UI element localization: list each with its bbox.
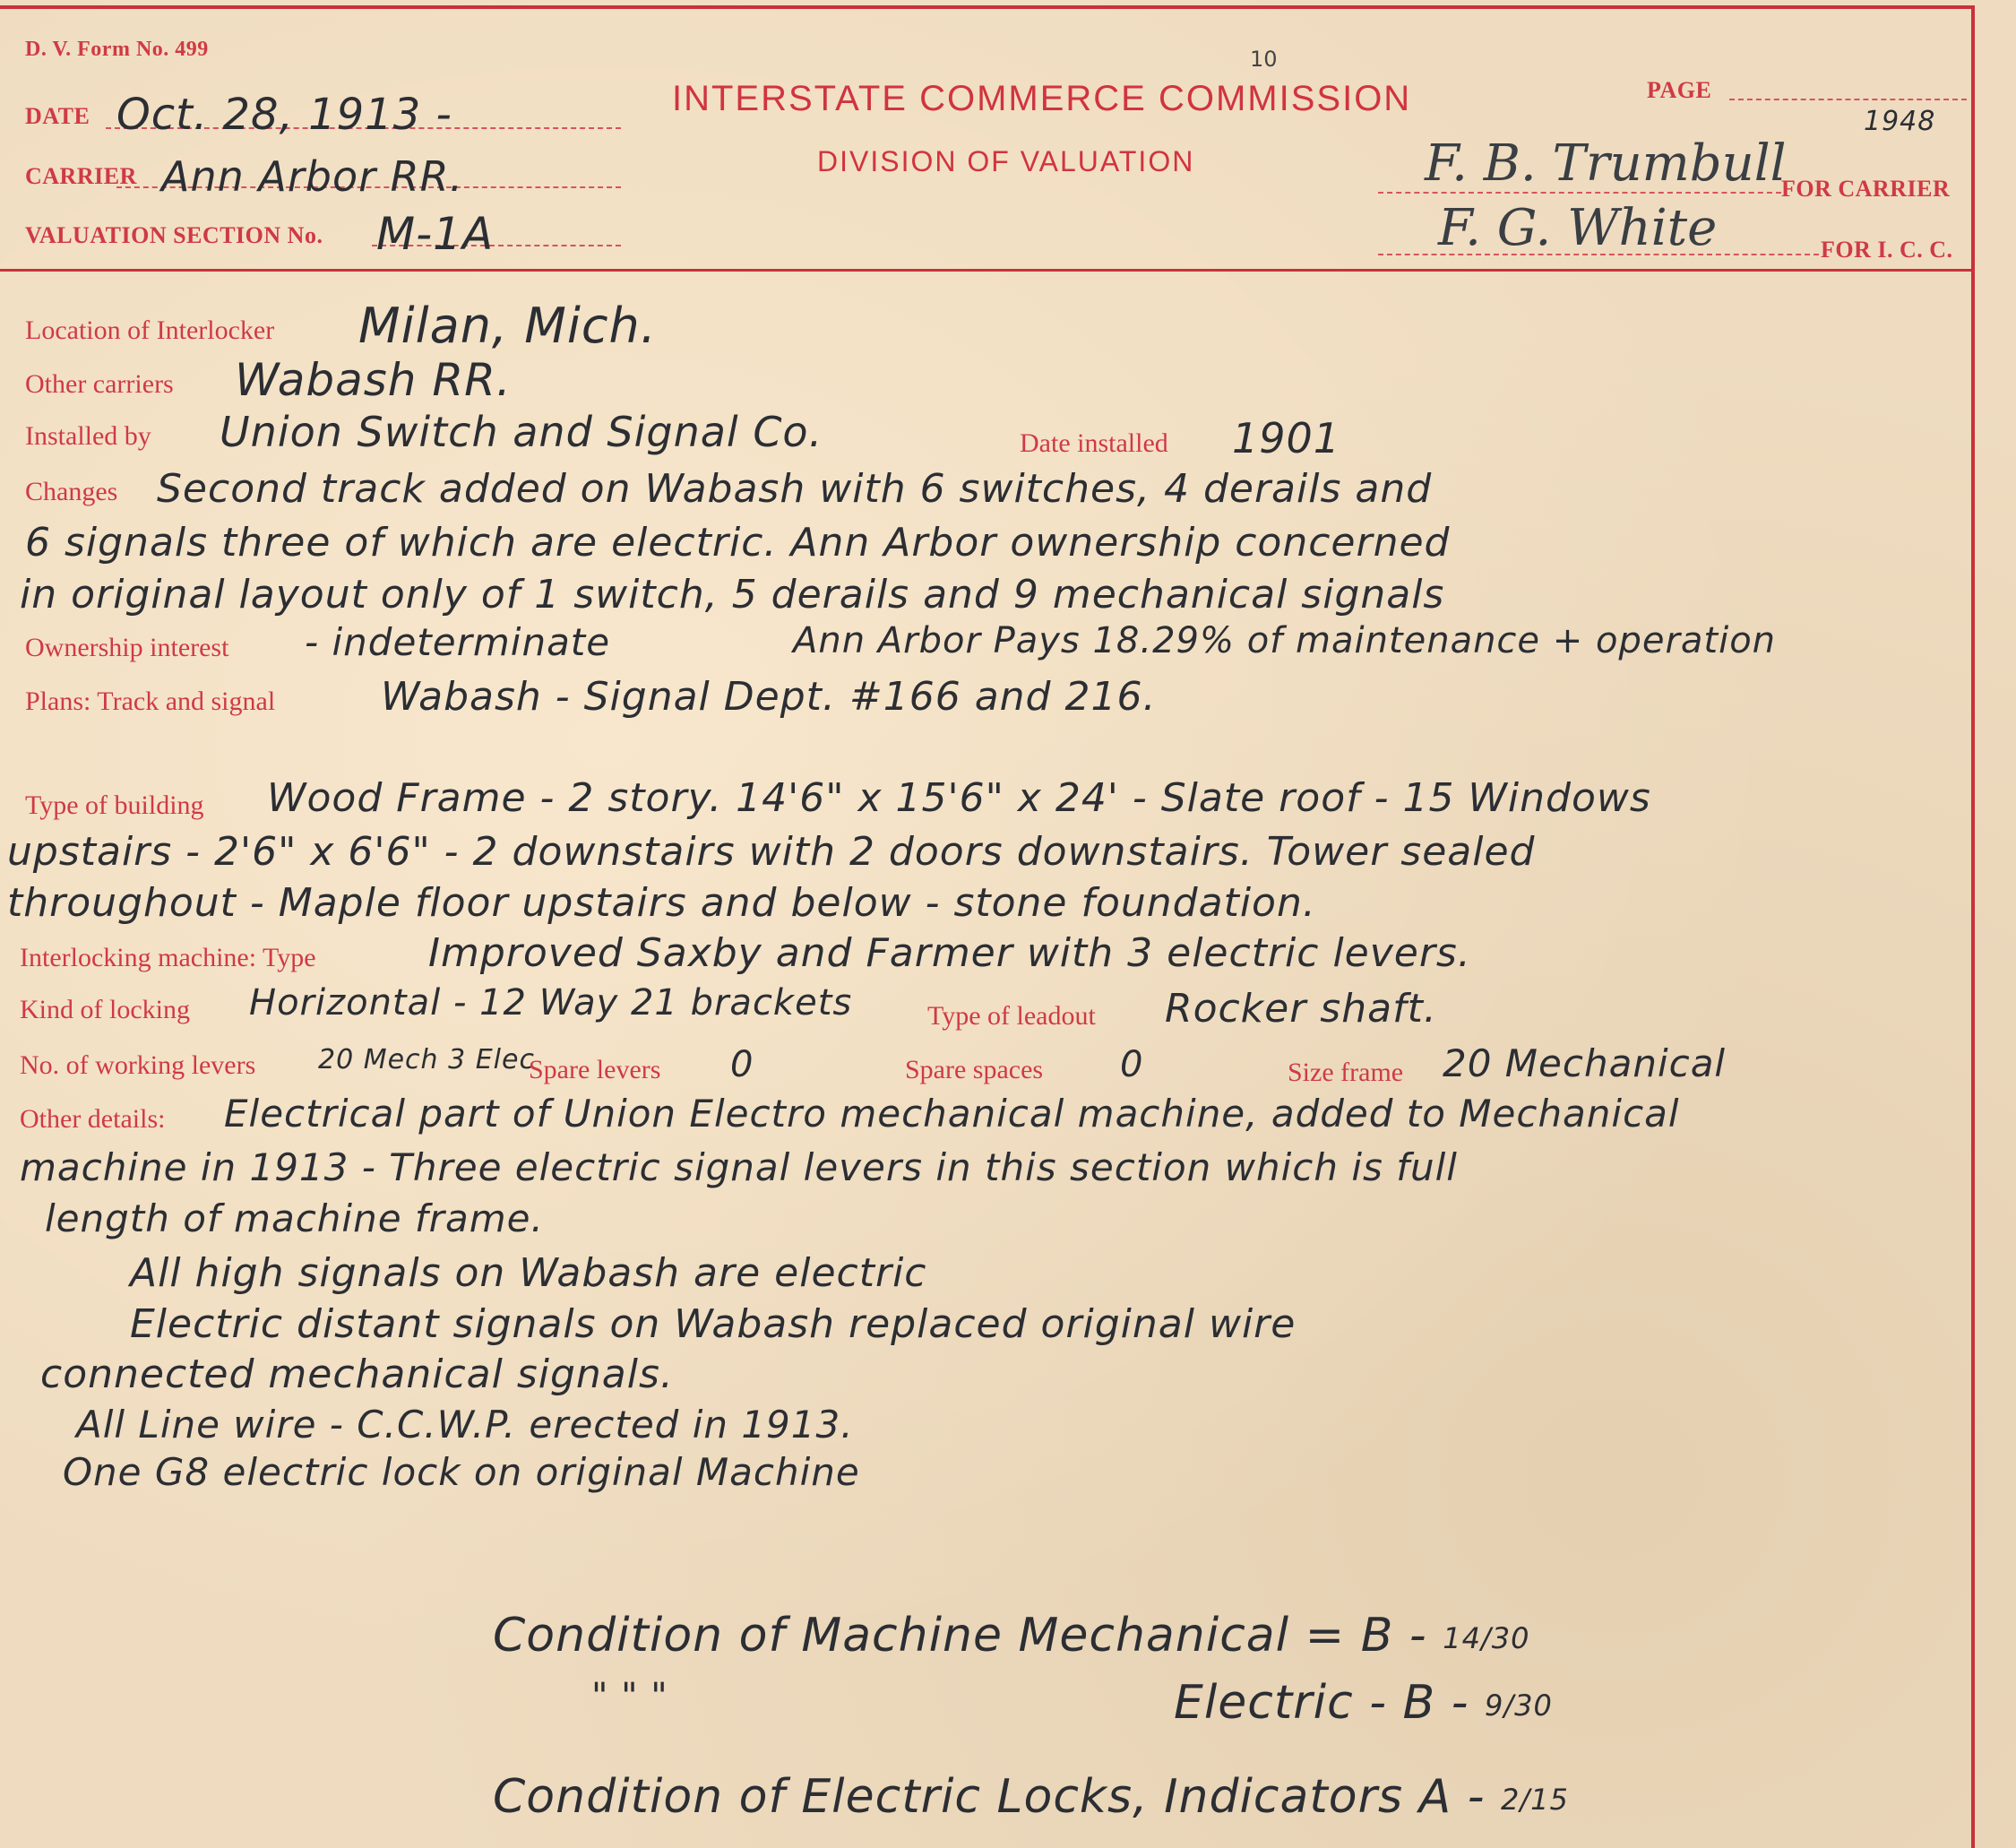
- valuation-section-label: VALUATION SECTION No.: [25, 222, 323, 249]
- condition-ditto-marks: " " ": [591, 1676, 668, 1717]
- date-installed-value[interactable]: 1901: [1232, 414, 1340, 462]
- machine-type-label: Interlocking machine: Type: [20, 943, 316, 973]
- changes-line-3[interactable]: in original layout only of 1 switch, 5 d…: [20, 572, 1444, 617]
- building-line-3[interactable]: throughout - Maple floor upstairs and be…: [7, 880, 1316, 926]
- working-levers-label: No. of working levers: [20, 1050, 255, 1081]
- size-frame-value[interactable]: 20 Mechanical: [1443, 1041, 1726, 1085]
- form-border-right: [1971, 5, 1975, 1848]
- icc-signature-line: [1378, 254, 1819, 255]
- for-icc-label: FOR I. C. C.: [1821, 237, 1953, 263]
- valuation-section-value[interactable]: M-1A: [376, 208, 494, 260]
- location-label: Location of Interlocker: [25, 315, 274, 346]
- form-number: D. V. Form No. 499: [25, 38, 209, 62]
- location-value[interactable]: Milan, Mich.: [358, 298, 657, 354]
- for-carrier-label: FOR CARRIER: [1781, 176, 1950, 203]
- other-details-line-7[interactable]: All Line wire - C.C.W.P. erected in 1913…: [76, 1403, 854, 1446]
- building-line-1[interactable]: Wood Frame - 2 story. 14'6" x 15'6" x 24…: [267, 775, 1651, 821]
- condition-mechanical[interactable]: Condition of Machine Mechanical = B - 14…: [493, 1609, 1529, 1662]
- locking-value[interactable]: Horizontal - 12 Way 21 brackets: [249, 982, 852, 1023]
- date-value[interactable]: Oct. 28, 1913 -: [116, 90, 452, 140]
- spare-levers-value[interactable]: 0: [730, 1044, 754, 1085]
- changes-line-1[interactable]: Second track added on Wabash with 6 swit…: [157, 466, 1432, 512]
- condition-electric-text: Electric - B -: [1174, 1676, 1469, 1730]
- other-details-line-4[interactable]: All high signals on Wabash are electric: [130, 1250, 926, 1296]
- installed-by-label: Installed by: [25, 421, 151, 452]
- other-details-line-1[interactable]: Electrical part of Union Electro mechani…: [224, 1092, 1680, 1136]
- division-subtitle: DIVISION OF VALUATION: [817, 145, 1194, 178]
- condition-locks-text: Condition of Electric Locks, Indicators …: [493, 1770, 1485, 1824]
- condition-locks-fraction: 2/15: [1501, 1783, 1569, 1817]
- ownership-label: Ownership interest: [25, 633, 228, 663]
- leadout-label: Type of leadout: [927, 1001, 1096, 1032]
- condition-locks[interactable]: Condition of Electric Locks, Indicators …: [493, 1770, 1569, 1824]
- condition-electric[interactable]: Electric - B - 9/30: [1174, 1676, 1553, 1730]
- carrier-signature[interactable]: F. B. Trumbull: [1425, 134, 1787, 193]
- condition-mechanical-text: Condition of Machine Mechanical = B -: [493, 1609, 1427, 1662]
- other-details-line-5[interactable]: Electric distant signals on Wabash repla…: [130, 1301, 1296, 1347]
- form-border-top: [0, 5, 1971, 9]
- commission-title: INTERSTATE COMMERCE COMMISSION: [672, 79, 1411, 119]
- header-divider: [0, 269, 1971, 272]
- size-frame-label: Size frame: [1288, 1058, 1403, 1088]
- ownership-note[interactable]: Ann Arbor Pays 18.29% of maintenance + o…: [793, 620, 1776, 661]
- spare-spaces-label: Spare spaces: [905, 1055, 1043, 1085]
- page-line: [1729, 99, 1967, 100]
- carrier-value[interactable]: Ann Arbor RR.: [161, 152, 463, 201]
- changes-line-2[interactable]: 6 signals three of which are electric. A…: [25, 520, 1450, 566]
- page-mark: 1948: [1864, 106, 1935, 137]
- page-label: PAGE: [1647, 77, 1711, 104]
- carrier-signature-line: [1378, 192, 1781, 194]
- annotation-mark: 10: [1250, 47, 1278, 72]
- date-installed-label: Date installed: [1020, 428, 1168, 459]
- date-label: DATE: [25, 103, 90, 130]
- condition-mechanical-fraction: 14/30: [1443, 1621, 1529, 1655]
- other-details-line-8[interactable]: One G8 electric lock on original Machine: [63, 1450, 860, 1494]
- spare-spaces-value[interactable]: 0: [1120, 1044, 1143, 1085]
- locking-label: Kind of locking: [20, 995, 190, 1025]
- condition-electric-fraction: 9/30: [1485, 1688, 1553, 1723]
- plans-value[interactable]: Wabash - Signal Dept. #166 and 216.: [381, 674, 1156, 720]
- other-details-line-6[interactable]: connected mechanical signals.: [40, 1351, 674, 1397]
- spare-levers-label: Spare levers: [529, 1055, 660, 1085]
- changes-label: Changes: [25, 477, 117, 507]
- plans-label: Plans: Track and signal: [25, 687, 275, 717]
- ownership-value[interactable]: - indeterminate: [305, 620, 610, 664]
- other-details-line-3[interactable]: length of machine frame.: [45, 1196, 544, 1240]
- other-carriers-label: Other carriers: [25, 369, 174, 400]
- other-carriers-value[interactable]: Wabash RR.: [235, 354, 512, 406]
- installed-by-value[interactable]: Union Switch and Signal Co.: [220, 408, 823, 456]
- machine-type-value[interactable]: Improved Saxby and Farmer with 3 electri…: [428, 930, 1471, 976]
- building-line-2[interactable]: upstairs - 2'6" x 6'6" - 2 downstairs wi…: [7, 829, 1535, 875]
- leadout-value[interactable]: Rocker shaft.: [1165, 986, 1437, 1032]
- building-label: Type of building: [25, 790, 204, 821]
- working-levers-value[interactable]: 20 Mech 3 Elec: [318, 1044, 535, 1075]
- icc-signature[interactable]: F. G. White: [1438, 199, 1717, 257]
- other-details-line-2[interactable]: machine in 1913 - Three electric signal …: [20, 1145, 1458, 1189]
- other-details-label: Other details:: [20, 1104, 165, 1135]
